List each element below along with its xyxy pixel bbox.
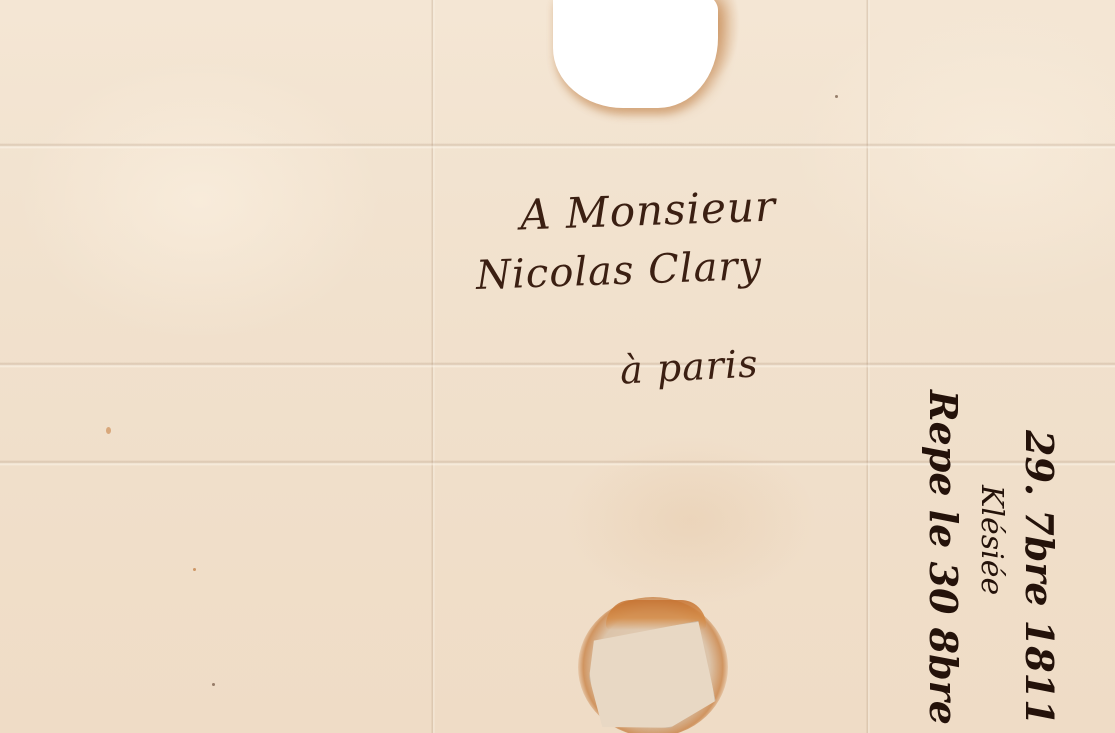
letter-paper: A Monsieur Nicolas Clary à paris 29. 7br… [0,0,1115,733]
docket-date: 29. 7bre 1811 [1015,390,1063,726]
address-line-city: à paris [619,341,760,392]
ink-speck [835,95,838,98]
ink-speck [212,683,215,686]
torn-hole [553,0,718,108]
vertical-fold-left [431,0,435,733]
address-line-salutation: A Monsieur [519,182,777,240]
docket-place: Klésiée [967,390,1015,726]
docket-notation: 29. 7bre 1811 Klésiée Repe le 30 8bre [919,390,1063,726]
vertical-fold-right [866,0,870,733]
address-line-recipient: Nicolas Clary [475,243,763,299]
horizontal-fold-2 [0,362,1115,368]
docket-received: Repe le 30 8bre [919,390,967,726]
rust-speck [193,568,196,571]
horizontal-fold-1 [0,143,1115,149]
rust-speck [106,427,111,434]
